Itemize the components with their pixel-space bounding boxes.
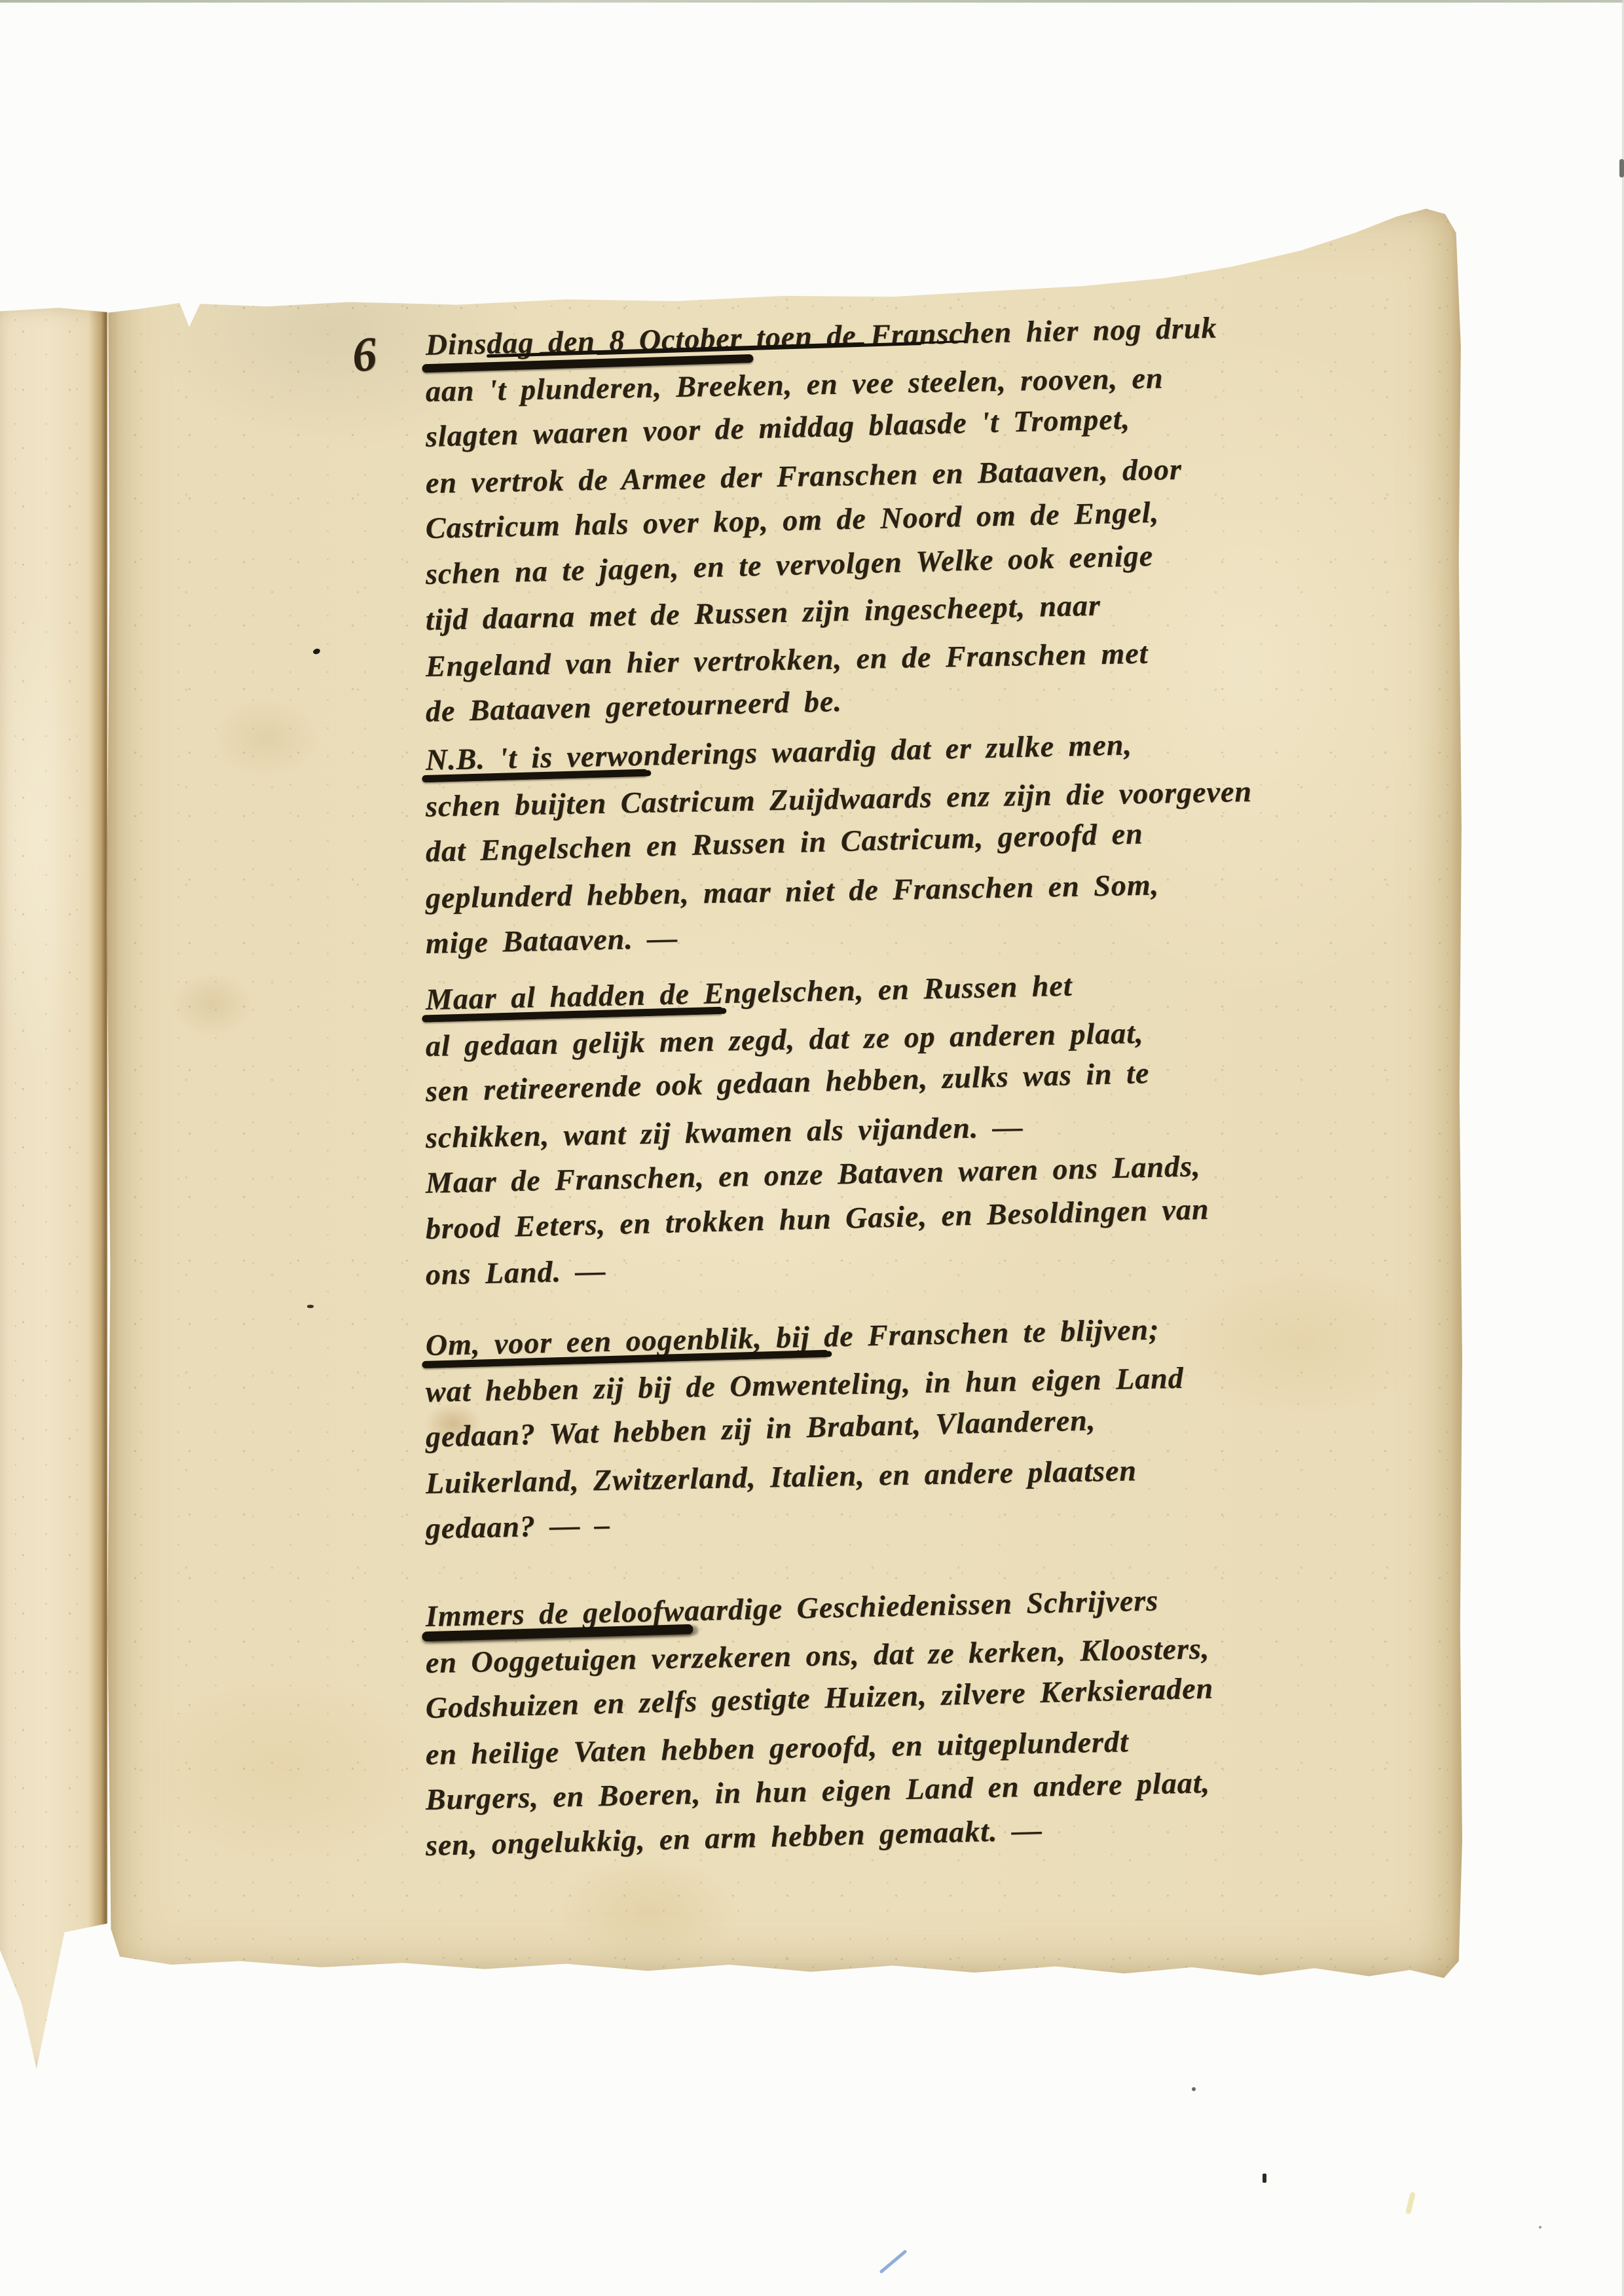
handwritten-text: N.B. 't is verwonderings waardig dat er … bbox=[425, 727, 1132, 776]
scanner-dust-speck bbox=[1263, 2174, 1266, 2183]
manuscript-text: Dinsdag den 8 October toen de Franschen … bbox=[426, 322, 1480, 1868]
blue-pen-artifact bbox=[879, 2250, 907, 2274]
page-number: 6 bbox=[350, 327, 378, 384]
scanner-dust-speck bbox=[1192, 2087, 1196, 2091]
handwritten-text: Maar al hadden de Engelschen, en Russen … bbox=[425, 968, 1073, 1016]
scanned-document: 6 Dinsdag den 8 October toen de Fransche… bbox=[0, 0, 1624, 2296]
paragraph: Maar al hadden de Engelschen, en Russen … bbox=[426, 977, 1480, 1298]
handwritten-text: gedaan? — – bbox=[425, 1508, 610, 1545]
handwritten-text: Immers de geloofwaardige Geschiedenissen… bbox=[425, 1584, 1158, 1633]
paragraph: N.B. 't is verwonderings waardig dat er … bbox=[426, 737, 1480, 966]
paragraph: Dinsdag den 8 October toen de Franschen … bbox=[426, 322, 1480, 735]
handwritten-text: mige Bataaven. — bbox=[425, 921, 678, 960]
handwritten-text: de Bataaven geretourneerd be. bbox=[425, 684, 842, 728]
faint-stain-mark bbox=[1405, 2192, 1416, 2215]
handwritten-text: tijd daarna met de Russen zijn ingeschee… bbox=[425, 589, 1101, 636]
handwritten-text: ons Land. — bbox=[425, 1254, 606, 1291]
ink-blot bbox=[312, 647, 321, 655]
scanner-top-edge-line bbox=[0, 0, 1624, 3]
paragraph: Immers de geloofwaardige Geschiedenissen… bbox=[426, 1594, 1480, 1868]
handwritten-text: sen, ongelukkig, en arm hebben gemaakt. … bbox=[425, 1813, 1043, 1862]
scanner-edge-blot bbox=[1619, 159, 1624, 177]
ink-blot bbox=[307, 1305, 314, 1308]
paragraph: Om, voor een oogenblik, bij de Franschen… bbox=[426, 1322, 1480, 1552]
handwritten-text: schikken, want zij kwamen als vijanden. … bbox=[425, 1110, 1024, 1154]
scanner-dust-speck bbox=[1539, 2226, 1541, 2229]
previous-page-edge bbox=[0, 302, 107, 2074]
